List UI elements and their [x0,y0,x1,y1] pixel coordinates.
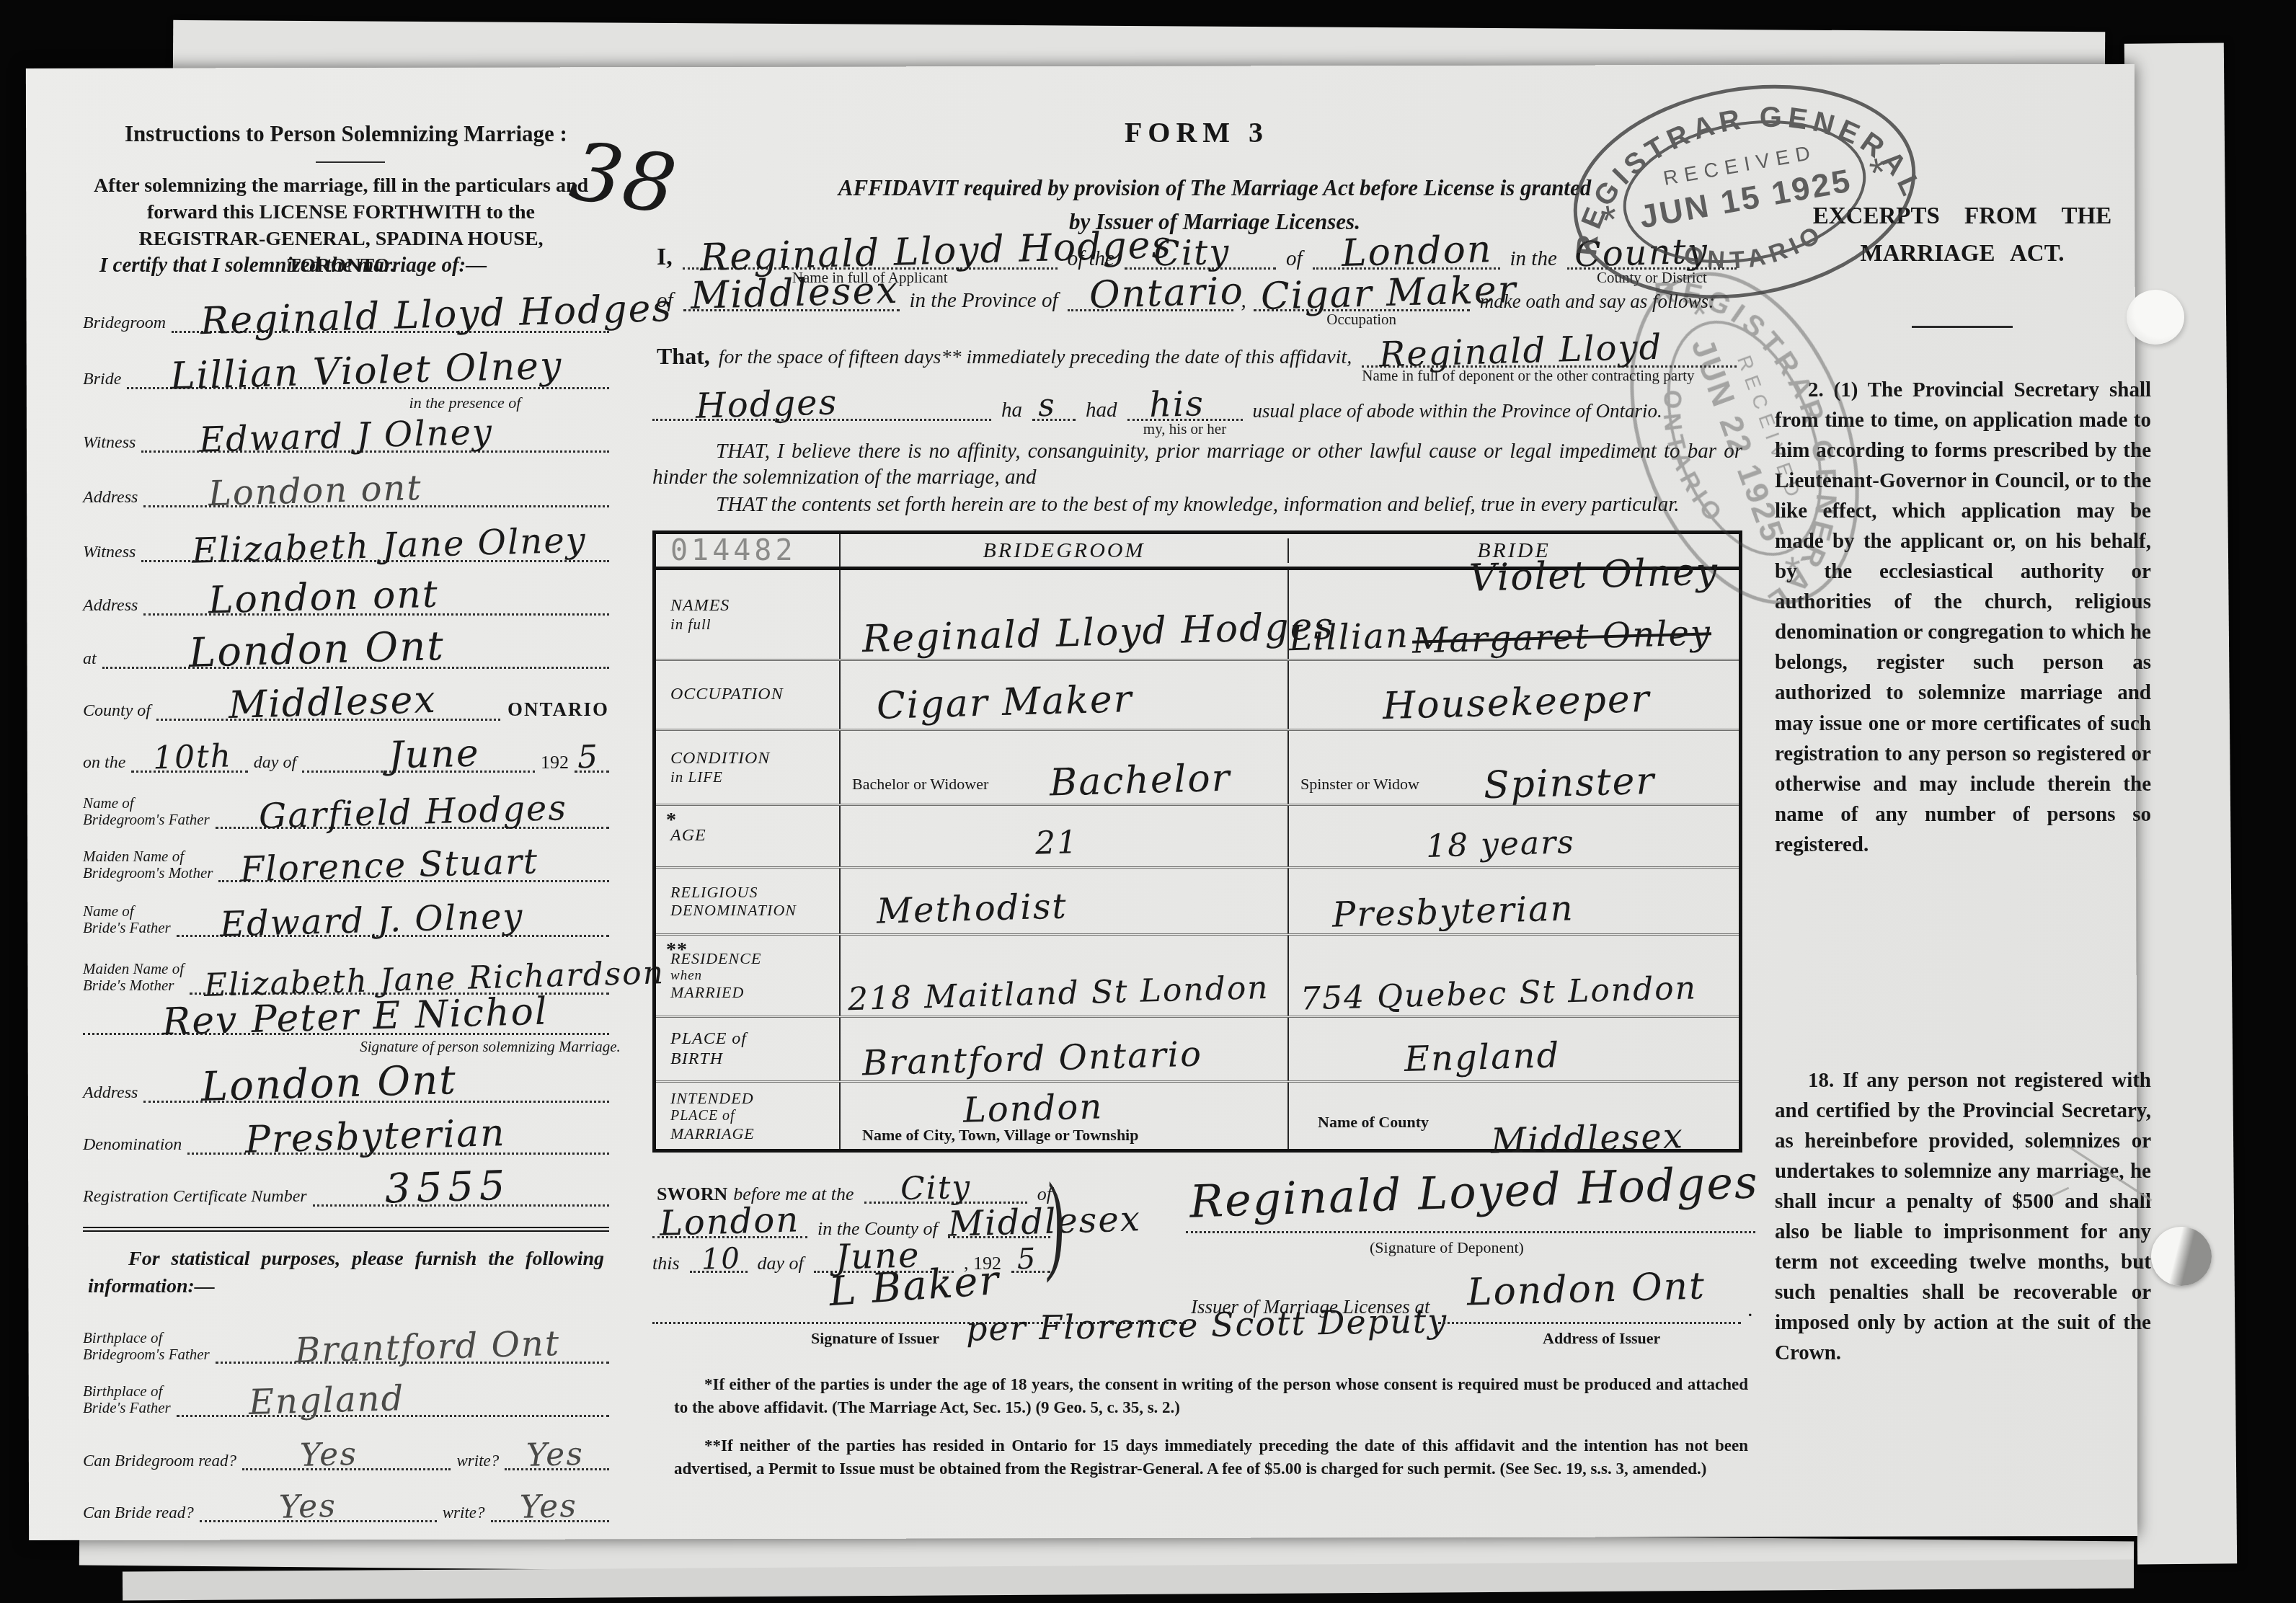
age-groom-cell: 21 [841,806,1289,866]
field-address-3: Address London Ont [83,1070,609,1103]
witness1-line: Edward J Olney [141,447,609,453]
address1-line: London ont [143,502,609,507]
field-solemnizer-signature: Rev Peter E Nichol [83,1003,609,1035]
excerpt-section-18: 18. If any person not registered with an… [1775,1065,2151,1368]
issuer-address-value: London Ont [1466,1269,1706,1310]
field-reg-cert: Registration Certificate Number 3555 [83,1173,609,1207]
field-bridegroom: Bridegroom Reginald Lloyd Hodges [83,303,609,333]
reg-cert-line: 3555 [313,1201,609,1207]
row-birthplace: PLACE ofBIRTH Brantford Ontario England [656,1018,1739,1083]
footnote-consent: *If either of the parties is under the a… [674,1373,1748,1419]
denomination-line: Presbyterian [187,1149,609,1155]
field-groom-father: Name of Bridegroom's Father Garfield Hod… [83,789,609,829]
province-label: ONTARIO [507,698,609,721]
at-line: London Ont [102,663,609,669]
deponent-signature-caption: (Signature of Deponent) [1370,1238,1524,1257]
bride-father-line: Edward J. Olney [177,931,609,937]
excerpts-rule [1912,326,2013,328]
footnote-residency: **If neither of the parties has resided … [674,1434,1748,1480]
condition-bride-value: Spinster [1483,765,1655,803]
clause-affinity: THAT, I believe there is no affinity, co… [652,438,1742,491]
issuer-printed: Issuer of Marriage Licenses at [1191,1296,1430,1318]
religion-groom-cell: Methodist [841,869,1289,933]
field-address-1: Address London ont [83,477,609,507]
address2-label: Address [83,597,138,616]
section-divider [83,1227,609,1232]
age-label-cell: * AGE [656,806,841,866]
occupation-groom-cell: Cigar Maker [841,661,1289,729]
groom-father-birth-line: Brantford Ont [216,1358,609,1364]
residence-bride-value: 754 Quebec St London [1300,974,1698,1014]
groom-write-label: write? [456,1452,499,1470]
month-value: June [388,737,480,773]
ha-fill: s [1032,415,1076,421]
sworn-word: SWORN [657,1185,727,1204]
issuer-address-caption: Address of Issuer [1543,1329,1660,1348]
bride-read-value: Yes [278,1492,337,1522]
denomination-value: Presbyterian [245,1116,507,1158]
condition-groom-value: Bachelor [1049,762,1231,801]
sworn-day-value: 10 [701,1245,741,1273]
bride-father-birth-line: England [177,1411,609,1417]
occupation-label: OCCUPATION [656,661,841,729]
reg-cert-value: 3555 [384,1168,511,1207]
solemnizer-caption: Signature of person solemnizing Marriage… [339,1038,642,1056]
names-groom-value: Reginald Lloyd Hodges [861,610,1334,657]
row-age: * AGE 21 18 years [656,806,1739,869]
that-body: for the space of fifteen days** immediat… [719,347,1352,368]
occupation-bride-cell: Housekeeper [1289,661,1739,729]
presence-caption: in the presence of [346,394,584,412]
bride-read-label: Can Bride read? [83,1504,194,1522]
punch-hole-top [2127,290,2184,345]
address3-line: London Ont [143,1097,609,1103]
field-witness-1: Witness Edward J Olney [83,422,609,453]
month-line: June [302,767,535,773]
bride-write-value: Yes [519,1492,577,1522]
residence-label-cell: ** RESIDENCEwhenMARRIED [656,936,841,1016]
surname-value: Hodges [695,387,838,422]
bridegroom-value: Reginald Lloyd Hodges [200,292,673,339]
occupation-value: Cigar Maker [1260,273,1517,314]
i-word: I, [657,245,673,270]
ha-fill-value: s [1037,391,1056,420]
county-name-fill: Middlesex [683,306,900,311]
birthplace-label: PLACE ofBIRTH [656,1018,841,1080]
intended-bride-value: Middlesex [1490,1121,1684,1158]
address3-value: London Ont [201,1062,458,1106]
city-fill: City [1125,264,1276,270]
sworn-cityname-value: London [659,1204,799,1240]
row-religion: RELIGIOUSDENOMINATION Methodist Presbyte… [656,869,1739,936]
residence-groom-cell: 218 Maitland St London [841,936,1289,1016]
province-printed: in the Province of [910,290,1058,311]
row-names: NAMESin full Reginald Lloyd Hodges Viole… [656,570,1739,661]
day-line: 10th [131,767,247,773]
intended-groom-caption: Name of City, Town, Village or Township [862,1126,1138,1145]
of-word-2: of [657,290,673,311]
province-fill: Ontario [1068,306,1233,311]
day-of-label: day of [254,754,296,773]
intended-groom-value: London [962,1091,1103,1127]
residence-groom-value: 218 Maitland St London [848,974,1270,1014]
groom-father-birth-value: Brantford Ont [294,1328,560,1367]
address2-line: London ont [143,610,609,616]
row-occupation: OCCUPATION Cigar Maker Housekeeper [656,661,1739,731]
groom-father-birth-label: Birthplace of Bridegroom's Father [83,1330,210,1364]
bridegroom-line: Reginald Lloyd Hodges [172,327,609,333]
deponent-signature-line [1186,1231,1755,1233]
pronoun-caption: my, his or her [1143,420,1226,438]
field-groom-father-birthplace: Birthplace of Bridegroom's Father Brantf… [83,1323,609,1364]
bride-write-label: write? [443,1504,485,1522]
denomination-label: Denomination [83,1136,182,1155]
pronoun-fill: his my, his or her [1127,415,1243,421]
occupation-fill: Cigar Maker Occupation [1254,306,1470,311]
county-name-value: Middlesex [690,274,899,314]
issuer-signature-caption: Signature of Issuer [811,1329,939,1348]
witness2-line: Elizabeth Jane Olney [141,556,609,562]
field-groom-mother: Maiden Name of Bridegroom's Mother Flore… [83,842,609,882]
field-address-2: Address London ont [83,585,609,616]
address3-label: Address [83,1084,138,1103]
sworn-city-value: City [900,1173,971,1204]
field-bride-father-birthplace: Birthplace of Bride's Father England [83,1377,609,1417]
field-at: at London Ont [83,636,609,669]
applicant-fill: Reginald Lloyd Hodges Name in full of Ap… [683,264,1058,270]
affidavit-abode-line: Hodges ha s had his my, his or her usual… [652,381,1742,421]
witness2-label: Witness [83,543,136,562]
solemnizer-signature: Rev Peter E Nichol [161,995,549,1040]
sworn-county-value: Middlesex [947,1204,1141,1240]
bride-father-birth-label: Birthplace of Bride's Father [83,1383,171,1417]
groom-read-line: Yes [242,1465,451,1470]
address2-value: London ont [208,578,440,618]
field-denomination: Denomination Presbyterian [83,1122,609,1155]
groom-read-label: Can Bridegroom read? [83,1452,236,1470]
occupation-groom-value: Cigar Maker [876,683,1133,724]
intended-bride-cell: Name of County Middlesex [1289,1083,1739,1149]
groom-mother-value: Florence Stuart [240,846,539,886]
reg-cert-label: Registration Certificate Number [83,1188,307,1207]
birthplace-groom-cell: Brantford Ontario [841,1018,1289,1080]
sworn-year-fill: 5 [1011,1267,1050,1273]
address1-label: Address [83,489,138,507]
margin-note-38: 38 [566,135,681,223]
occupation-caption: Occupation [1326,311,1396,329]
heading-rule [316,161,385,163]
row-intended-place: INTENDEDPLACE ofMARRIAGE London Name of … [656,1083,1739,1149]
groom-father-label: Name of Bridegroom's Father [83,795,210,829]
witness1-label: Witness [83,434,136,453]
field-date: on the 10th day of June 192 5 [83,741,609,773]
birthplace-groom-value: Brantford Ontario [861,1039,1202,1079]
form-title: FORM 3 [995,115,1399,149]
intended-label: INTENDEDPLACE ofMARRIAGE [656,1083,841,1149]
condition-label: CONDITIONin LIFE [656,731,841,804]
sworn-line-2: London in the County of Middlesex [652,1207,1056,1238]
at-value: London Ont [188,629,445,672]
residence-star: ** [666,938,688,962]
bride-mother-label: Maiden Name of Bride's Mother [83,961,184,995]
names-label: NAMESin full [656,570,841,659]
address1-value: London ont [208,473,423,510]
field-bride-father: Name of Bride's Father Edward J. Olney [83,897,609,937]
on-the-label: on the [83,754,125,773]
condition-groom-caption: Bachelor or Widower [852,775,988,794]
groom-father-value: Garfield Hodges [258,793,567,832]
of-word-1: of [1286,249,1303,270]
field-bride: Bride Lillian Violet Olney [83,359,609,389]
sworn-dayof: day of [758,1254,804,1273]
groom-write-value: Yes [526,1440,585,1470]
bridegroom-label: Bridegroom [83,314,166,333]
age-star: * [666,809,677,832]
solemnizer-line: Rev Peter E Nichol [83,1029,609,1035]
year-line: 5 [575,767,609,773]
groom-mother-line: Florence Stuart [218,876,609,882]
names-groom-cell: Reginald Lloyd Hodges [841,570,1289,659]
age-bride-value: 18 years [1425,829,1575,861]
surname-fill: Hodges [652,415,991,421]
issuer-signature: L Baker [828,1263,1001,1311]
at-label: at [83,650,97,669]
day-value: 10th [153,742,233,773]
age-bride-cell: 18 years [1289,806,1739,866]
religion-groom-value: Methodist [876,891,1068,928]
sworn-line-1: SWORN before me at the City of [652,1175,1056,1204]
religion-label: RELIGIOUSDENOMINATION [656,869,841,933]
serial-cell: 014482 [656,534,841,567]
county-line: Middlesex [156,715,500,721]
field-witness-2: Witness Elizabeth Jane Olney [83,532,609,562]
names-bride-bottom: Lillian Margaret Onley [1289,622,1711,653]
condition-bride-cell: Spinster or Widow Spinster [1289,731,1739,804]
row-residence: ** RESIDENCEwhenMARRIED 218 Maitland St … [656,936,1739,1018]
witness1-value: Edward J Olney [199,417,494,456]
field-groom-literacy: Can Bridegroom read? Yes write? Yes [83,1439,609,1470]
groom-read-value: Yes [299,1440,358,1470]
condition-bride-caption: Spinster or Widow [1300,775,1419,794]
instructions-heading: Instructions to Person Solemnizing Marri… [101,121,591,147]
had-printed: had [1086,400,1117,421]
birthplace-bride-cell: England [1289,1018,1739,1080]
condition-groom-cell: Bachelor or Widower Bachelor [841,731,1289,804]
age-groom-value: 21 [1034,829,1078,858]
ha-printed: ha [1001,400,1022,421]
bride-father-birth-value: England [248,1383,404,1418]
witness2-value: Elizabeth Jane Olney [192,525,588,567]
bride-line: Lillian Violet Olney [127,383,609,389]
occupation-bride-value: Housekeeper [1382,683,1651,724]
clause-truth: THAT the contents set forth herein are t… [652,493,1742,517]
bride-father-label: Name of Bride's Father [83,903,171,937]
intended-groom-cell: London Name of City, Town, Village or To… [841,1083,1289,1149]
province-value: Ontario [1089,275,1245,313]
birthplace-bride-value: England [1404,1040,1560,1075]
bride-read-line: Yes [200,1517,437,1522]
religion-bride-value: Presbyterian [1331,893,1574,931]
sworn-day-fill: 10 [690,1267,748,1273]
year-printed: 192 [541,752,569,773]
bride-value: Lillian Violet Olney [170,350,563,394]
intended-bride-caption: Name of County [1318,1113,1429,1132]
municipality-value: London [1341,233,1493,271]
scanned-marriage-affidavit: Instructions to Person Solemnizing Marri… [0,0,2296,1603]
pronoun-value: his [1148,388,1205,421]
certify-line: I certify that I solemnized the marriage… [99,254,487,277]
bride-label: Bride [83,370,121,389]
groom-father-line: Garfield Hodges [216,823,609,829]
groom-write-line: Yes [505,1465,609,1470]
bride-write-line: Yes [491,1517,609,1522]
county-value: Middlesex [228,683,437,723]
sworn-county-fill: Middlesex [948,1233,1050,1238]
sworn-year-value: 5 [1017,1246,1037,1273]
brace-mark: ) [1045,1159,1066,1289]
residence-bride-cell: 754 Quebec St London [1289,936,1739,1016]
city-value: City [1153,236,1231,270]
religion-bride-cell: Presbyterian [1289,869,1739,933]
issuer-address-period: . [1747,1297,1753,1322]
issuer-address-line [1438,1322,1741,1324]
year-value: 5 [577,743,599,772]
groom-mother-label: Maiden Name of Bridegroom's Mother [83,848,213,882]
that-word: That, [657,345,710,368]
field-county: County of Middlesex ONTARIO [83,688,609,721]
field-bride-mother: Maiden Name of Bride's Mother Elizabeth … [83,954,609,995]
bridegroom-header: BRIDEGROOM [841,538,1289,563]
county-label: County of [83,702,151,721]
bride-father-value: Edward J. Olney [219,901,524,941]
sworn-cityname-fill: London [652,1233,807,1238]
sworn-this: this [652,1254,680,1273]
bridegroom-bride-table: 014482 BRIDEGROOM BRIDE NAMESin full Reg… [652,530,1742,1153]
statistics-intro: For statistical purposes, please furnish… [88,1245,604,1300]
serial-number: 014482 [670,534,839,567]
field-bride-literacy: Can Bride read? Yes write? Yes [83,1491,609,1522]
row-condition: CONDITIONin LIFE Bachelor or Widower Bac… [656,731,1739,806]
punch-hole-bottom [2151,1227,2212,1286]
